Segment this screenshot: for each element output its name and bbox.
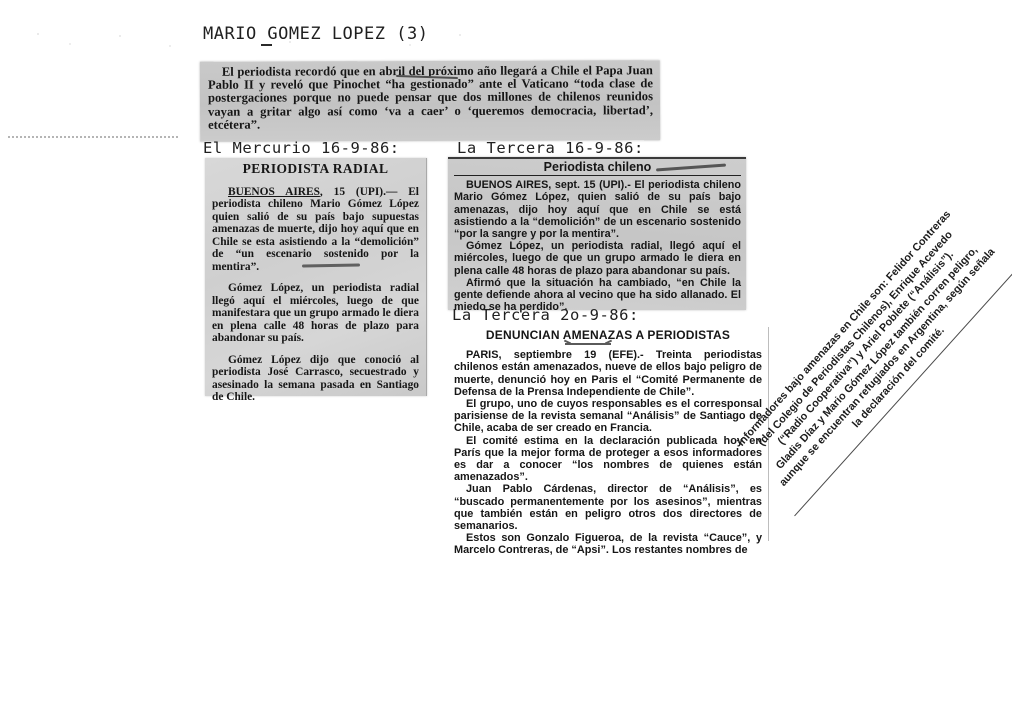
headline-denuncian-amenazas: DENUNCIAN AMENAZAS A PERIODISTAS	[454, 329, 762, 341]
mercurio-paragraph-1-text: , 15 (UPI).— El periodista chileno Mario…	[212, 186, 419, 273]
source-heading-la-tercera-20-9: La Tercera 2o-9-86:	[452, 306, 639, 324]
mercurio-paragraph-2: Gómez López, un periodista radial llegó …	[212, 282, 419, 345]
clipping-el-mercurio: PERIODISTA RADIAL BUENOS AIRES, 15 (UPI)…	[205, 158, 427, 396]
tercera2-paragraph-2: El grupo, uno de cuyos responsables es e…	[454, 398, 762, 435]
tercera2-paragraph-5: Estos son Gonzalo Figueroa, de la revist…	[454, 532, 762, 556]
clipping-la-tercera-20-9: DENUNCIAN AMENAZAS A PERIODISTAS PARIS, …	[448, 327, 769, 541]
scan-dotted-line	[8, 136, 178, 141]
clipping-pope-paragraph: El periodista recordó que en abril del p…	[200, 60, 660, 142]
tercera2-paragraph-4: Juan Pablo Cárdenas, director de “Anális…	[454, 483, 762, 532]
source-heading-la-tercera-16-9: La Tercera 16-9-86:	[457, 139, 644, 157]
dateline-buenos-aires: BUENOS AIRES	[228, 186, 320, 198]
clipping-la-tercera-16-9: Periodista chileno BUENOS AIRES, sept. 1…	[448, 157, 746, 310]
pen-arrow-mark	[565, 343, 611, 345]
tercera2-paragraph-3: El comité estima en la declaración publi…	[454, 435, 762, 484]
headline-periodista-radial: PERIODISTA RADIAL	[212, 163, 419, 176]
mercurio-paragraph-1: BUENOS AIRES, 15 (UPI).— El periodista c…	[212, 186, 419, 274]
diagonal-line-4: Gladis Díaz y Mario Gómez López también …	[756, 225, 998, 491]
tercera2-paragraph-1: PARIS, septiembre 19 (EFE).- Treinta per…	[454, 349, 762, 398]
tercera1-paragraph-1: BUENOS AIRES, sept. 15 (UPI).- El period…	[454, 179, 741, 240]
title-g-underline-mark	[261, 44, 272, 46]
tercera1-paragraph-2: Gómez López, un periodista radial, llegó…	[454, 240, 741, 277]
source-heading-el-mercurio: El Mercurio 16-9-86:	[203, 139, 400, 157]
pope-paragraph-text: El periodista recordó que en abril del p…	[208, 64, 653, 132]
diagonal-line-3: (“Radio Cooperativa”) y Ariel Poblete (“…	[745, 215, 987, 481]
headline-periodista-chileno: Periodista chileno	[454, 161, 741, 176]
mercurio-paragraph-3: Gómez López dijo que conoció al periodis…	[212, 354, 419, 404]
page-title: MARIO GOMEZ LOPEZ (3)	[203, 24, 428, 44]
